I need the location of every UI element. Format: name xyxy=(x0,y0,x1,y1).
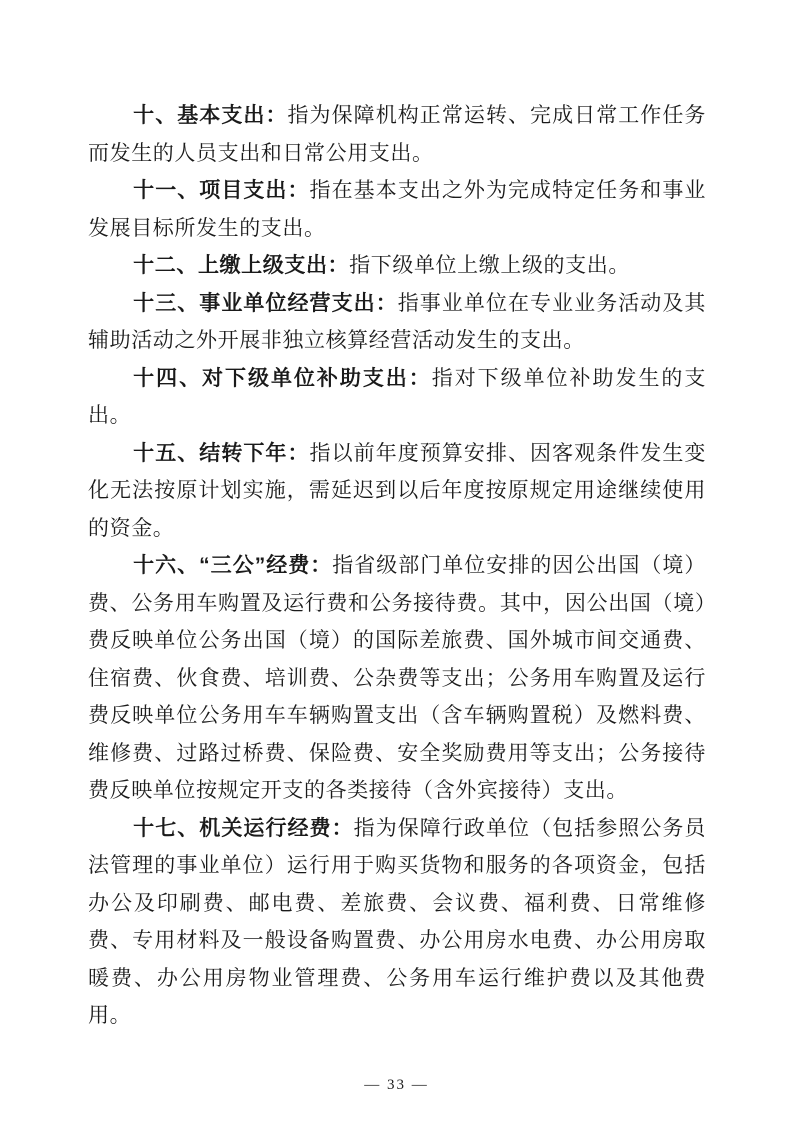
entry-definition: 指省级部门单位安排的因公出国（境）费、公务用车购置及运行费和公务接待费。其中，因… xyxy=(88,553,706,802)
entry-term: 十三、事业单位经营支出： xyxy=(133,292,398,315)
page-number: — 33 — xyxy=(0,1077,793,1094)
glossary-entry: 十一、项目支出：指在基本支出之外为完成特定任务和事业发展目标所发生的支出。 xyxy=(88,172,706,247)
entry-term: 十一、项目支出： xyxy=(133,179,309,202)
entry-definition: 指下级单位上缴上级的支出。 xyxy=(349,253,630,277)
entry-term: 十七、机关运行经费： xyxy=(133,817,354,840)
glossary-text-block: 十、基本支出：指为保障机构正常运转、完成日常工作任务而发生的人员支出和日常公用支… xyxy=(88,97,706,1035)
glossary-entry: 十五、结转下年：指以前年度预算安排、因客观条件发生变化无法按原计划实施，需延迟到… xyxy=(88,435,706,548)
glossary-entry: 十三、事业单位经营支出：指事业单位在专业业务活动及其辅助活动之外开展非独立核算经… xyxy=(88,285,706,360)
entry-term: 十五、结转下年： xyxy=(133,442,309,465)
document-page: 十、基本支出：指为保障机构正常运转、完成日常工作任务而发生的人员支出和日常公用支… xyxy=(0,0,793,1122)
entry-term: 十二、上缴上级支出： xyxy=(133,254,349,277)
glossary-entry: 十四、对下级单位补助支出：指对下级单位补助发生的支出。 xyxy=(88,360,706,435)
entry-term: 十六、“三公”经费： xyxy=(133,554,332,577)
glossary-entry: 十六、“三公”经费：指省级部门单位安排的因公出国（境）费、公务用车购置及运行费和… xyxy=(88,547,706,810)
glossary-entry: 十二、上缴上级支出：指下级单位上缴上级的支出。 xyxy=(88,247,706,285)
glossary-entry: 十、基本支出：指为保障机构正常运转、完成日常工作任务而发生的人员支出和日常公用支… xyxy=(88,97,706,172)
glossary-entry: 十七、机关运行经费：指为保障行政单位（包括参照公务员法管理的事业单位）运行用于购… xyxy=(88,810,706,1035)
entry-term: 十四、对下级单位补助支出： xyxy=(133,367,432,390)
entry-definition: 指为保障行政单位（包括参照公务员法管理的事业单位）运行用于购买货物和服务的各项资… xyxy=(88,816,706,1028)
entry-term: 十、基本支出： xyxy=(133,104,287,127)
